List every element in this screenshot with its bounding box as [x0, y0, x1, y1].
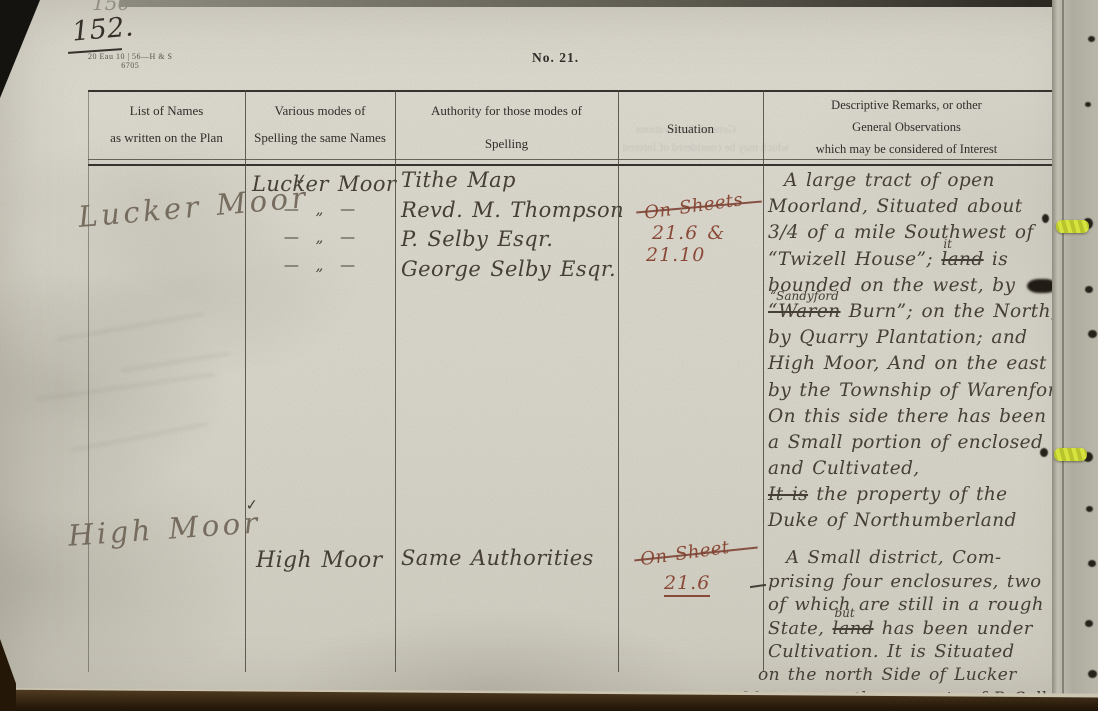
binding-cord: [1056, 220, 1089, 233]
remarks-line: Duke of Northumberland: [768, 510, 1069, 536]
situation-sheets-row1: 21.6 & 21.10: [652, 222, 725, 266]
scanned-ledger-photo: 150 152. 20 Eau 10 | 56—H & S 6705 No. 2…: [0, 0, 1098, 711]
binding-hole: [1088, 36, 1095, 42]
remarks-line: It is the property of the: [768, 484, 1069, 510]
remarks-line: 3/4 of a mile Southwest of: [768, 222, 1069, 248]
inserted-word: it: [943, 237, 952, 251]
binding-cord: [1054, 448, 1087, 461]
binding-hole: [1042, 214, 1049, 223]
column-header-authority: Authority for those modes ofSpelling: [395, 94, 618, 160]
ditto-mark: — „ —: [262, 228, 382, 256]
remarks-line: on the north Side of Lucker: [758, 665, 1098, 689]
folio-title: No. 21.: [532, 50, 579, 66]
page-number: 152.: [71, 11, 135, 47]
column-divider-1: [245, 90, 246, 672]
remarks-line: and Cultivated,: [768, 458, 1069, 484]
header-line: which may be considered of Interest: [763, 138, 1050, 160]
remarks-lucker-moor: A large tract of openMoorland, Situated …: [768, 170, 1069, 537]
table-top-rule: [88, 90, 1058, 92]
remarks-line: “Twizell House”; itland is: [768, 249, 1069, 275]
ditto-mark: — „ —: [262, 200, 382, 228]
sheet-number: 21.10: [646, 244, 725, 266]
page-top-edge: [120, 0, 1098, 7]
header-line: Spelling: [395, 127, 618, 160]
header-line: as written on the Plan: [88, 124, 245, 151]
printers-mark-line: 6705: [88, 61, 173, 70]
header-line: Authority for those modes of: [395, 94, 618, 127]
remarks-line: of which are still in a rough: [768, 594, 1098, 618]
printers-mark: 20 Eau 10 | 56—H & S 6705: [88, 52, 173, 70]
remarks-line: High Moor, And on the east: [768, 353, 1069, 379]
remarks-line: by Quarry Plantation; and: [768, 327, 1069, 353]
spelling-high-moor: High Moor: [256, 548, 383, 573]
spelling-lucker-moor: Lucker Moor: [252, 172, 396, 196]
sheet-number: 21.6: [664, 572, 710, 597]
inserted-word: but: [834, 606, 854, 620]
authorities-row1: Tithe MapRevd. M. ThompsonP. Selby Esqr.…: [401, 168, 624, 286]
printers-mark-line: 20 Eau 10 | 56—H & S: [88, 52, 173, 61]
bleedthrough-text: which may be considered of Interest: [622, 142, 789, 154]
remarks-line: On this side there has been: [768, 406, 1069, 432]
bleedthrough-text: General Observations: [636, 124, 736, 136]
header-bottom-rule: [88, 164, 1058, 166]
binding-crease: [1062, 0, 1064, 711]
remarks-high-moor: A Small district, Com-prising four enclo…: [768, 547, 1098, 711]
binding-hole: [1088, 670, 1097, 678]
authorities-row2: Same Authorities: [401, 546, 594, 570]
authority-entry: George Selby Esqr.: [401, 257, 624, 287]
column-header-names: List of Namesas written on the Plan: [88, 97, 245, 151]
sheet-number: 21.6 &: [652, 222, 725, 244]
remarks-line: State, butland has been under: [768, 618, 1098, 642]
table-left-border: [88, 90, 89, 672]
remarks-line: “Sandyford“Waren Burn”; on the North,: [768, 301, 1069, 327]
binding-hole: [1088, 330, 1097, 338]
inserted-word: “Sandyford: [770, 289, 839, 303]
column-header-remarks: Descriptive Remarks, or otherGeneral Obs…: [763, 94, 1050, 160]
remarks-line: prising four enclosures, two: [768, 571, 1098, 595]
remarks-line: by the Township of Warenford: [768, 380, 1069, 406]
binding-hole: [1086, 506, 1093, 512]
ditto-mark: — „ —: [262, 256, 382, 284]
header-line: Spelling the same Names: [245, 124, 395, 151]
binding-hole: [1085, 102, 1091, 107]
authority-entry: P. Selby Esqr.: [401, 227, 624, 257]
binding-hole: [1085, 620, 1093, 627]
header-line: General Observations: [763, 116, 1050, 138]
check-mark: ✓: [245, 495, 262, 514]
authority-entry: Revd. M. Thompson: [401, 198, 624, 228]
remarks-line: a Small portion of enclosed: [768, 432, 1069, 458]
spelling-ditto-marks: — „ —— „ —— „ —: [262, 200, 382, 284]
remarks-line: A Small district, Com-: [768, 547, 1098, 571]
binding-hole: [1040, 448, 1048, 457]
remarks-line: Cultivation. It is Situated: [768, 641, 1098, 665]
header-line: Various modes of: [245, 97, 395, 124]
binding-hole: [1088, 560, 1096, 567]
remarks-line: Moorland, Situated about: [768, 196, 1069, 222]
authority-entry: Tithe Map: [401, 168, 624, 198]
header-line: List of Names: [88, 97, 245, 124]
situation-sheets-row2: 21.6: [664, 572, 710, 594]
remarks-line: A large tract of open: [768, 170, 1069, 196]
header-line: Descriptive Remarks, or other: [763, 94, 1050, 116]
column-header-spelling: Various modes ofSpelling the same Names: [245, 97, 395, 151]
book-binding: [1052, 0, 1098, 711]
binding-hole: [1085, 286, 1093, 293]
